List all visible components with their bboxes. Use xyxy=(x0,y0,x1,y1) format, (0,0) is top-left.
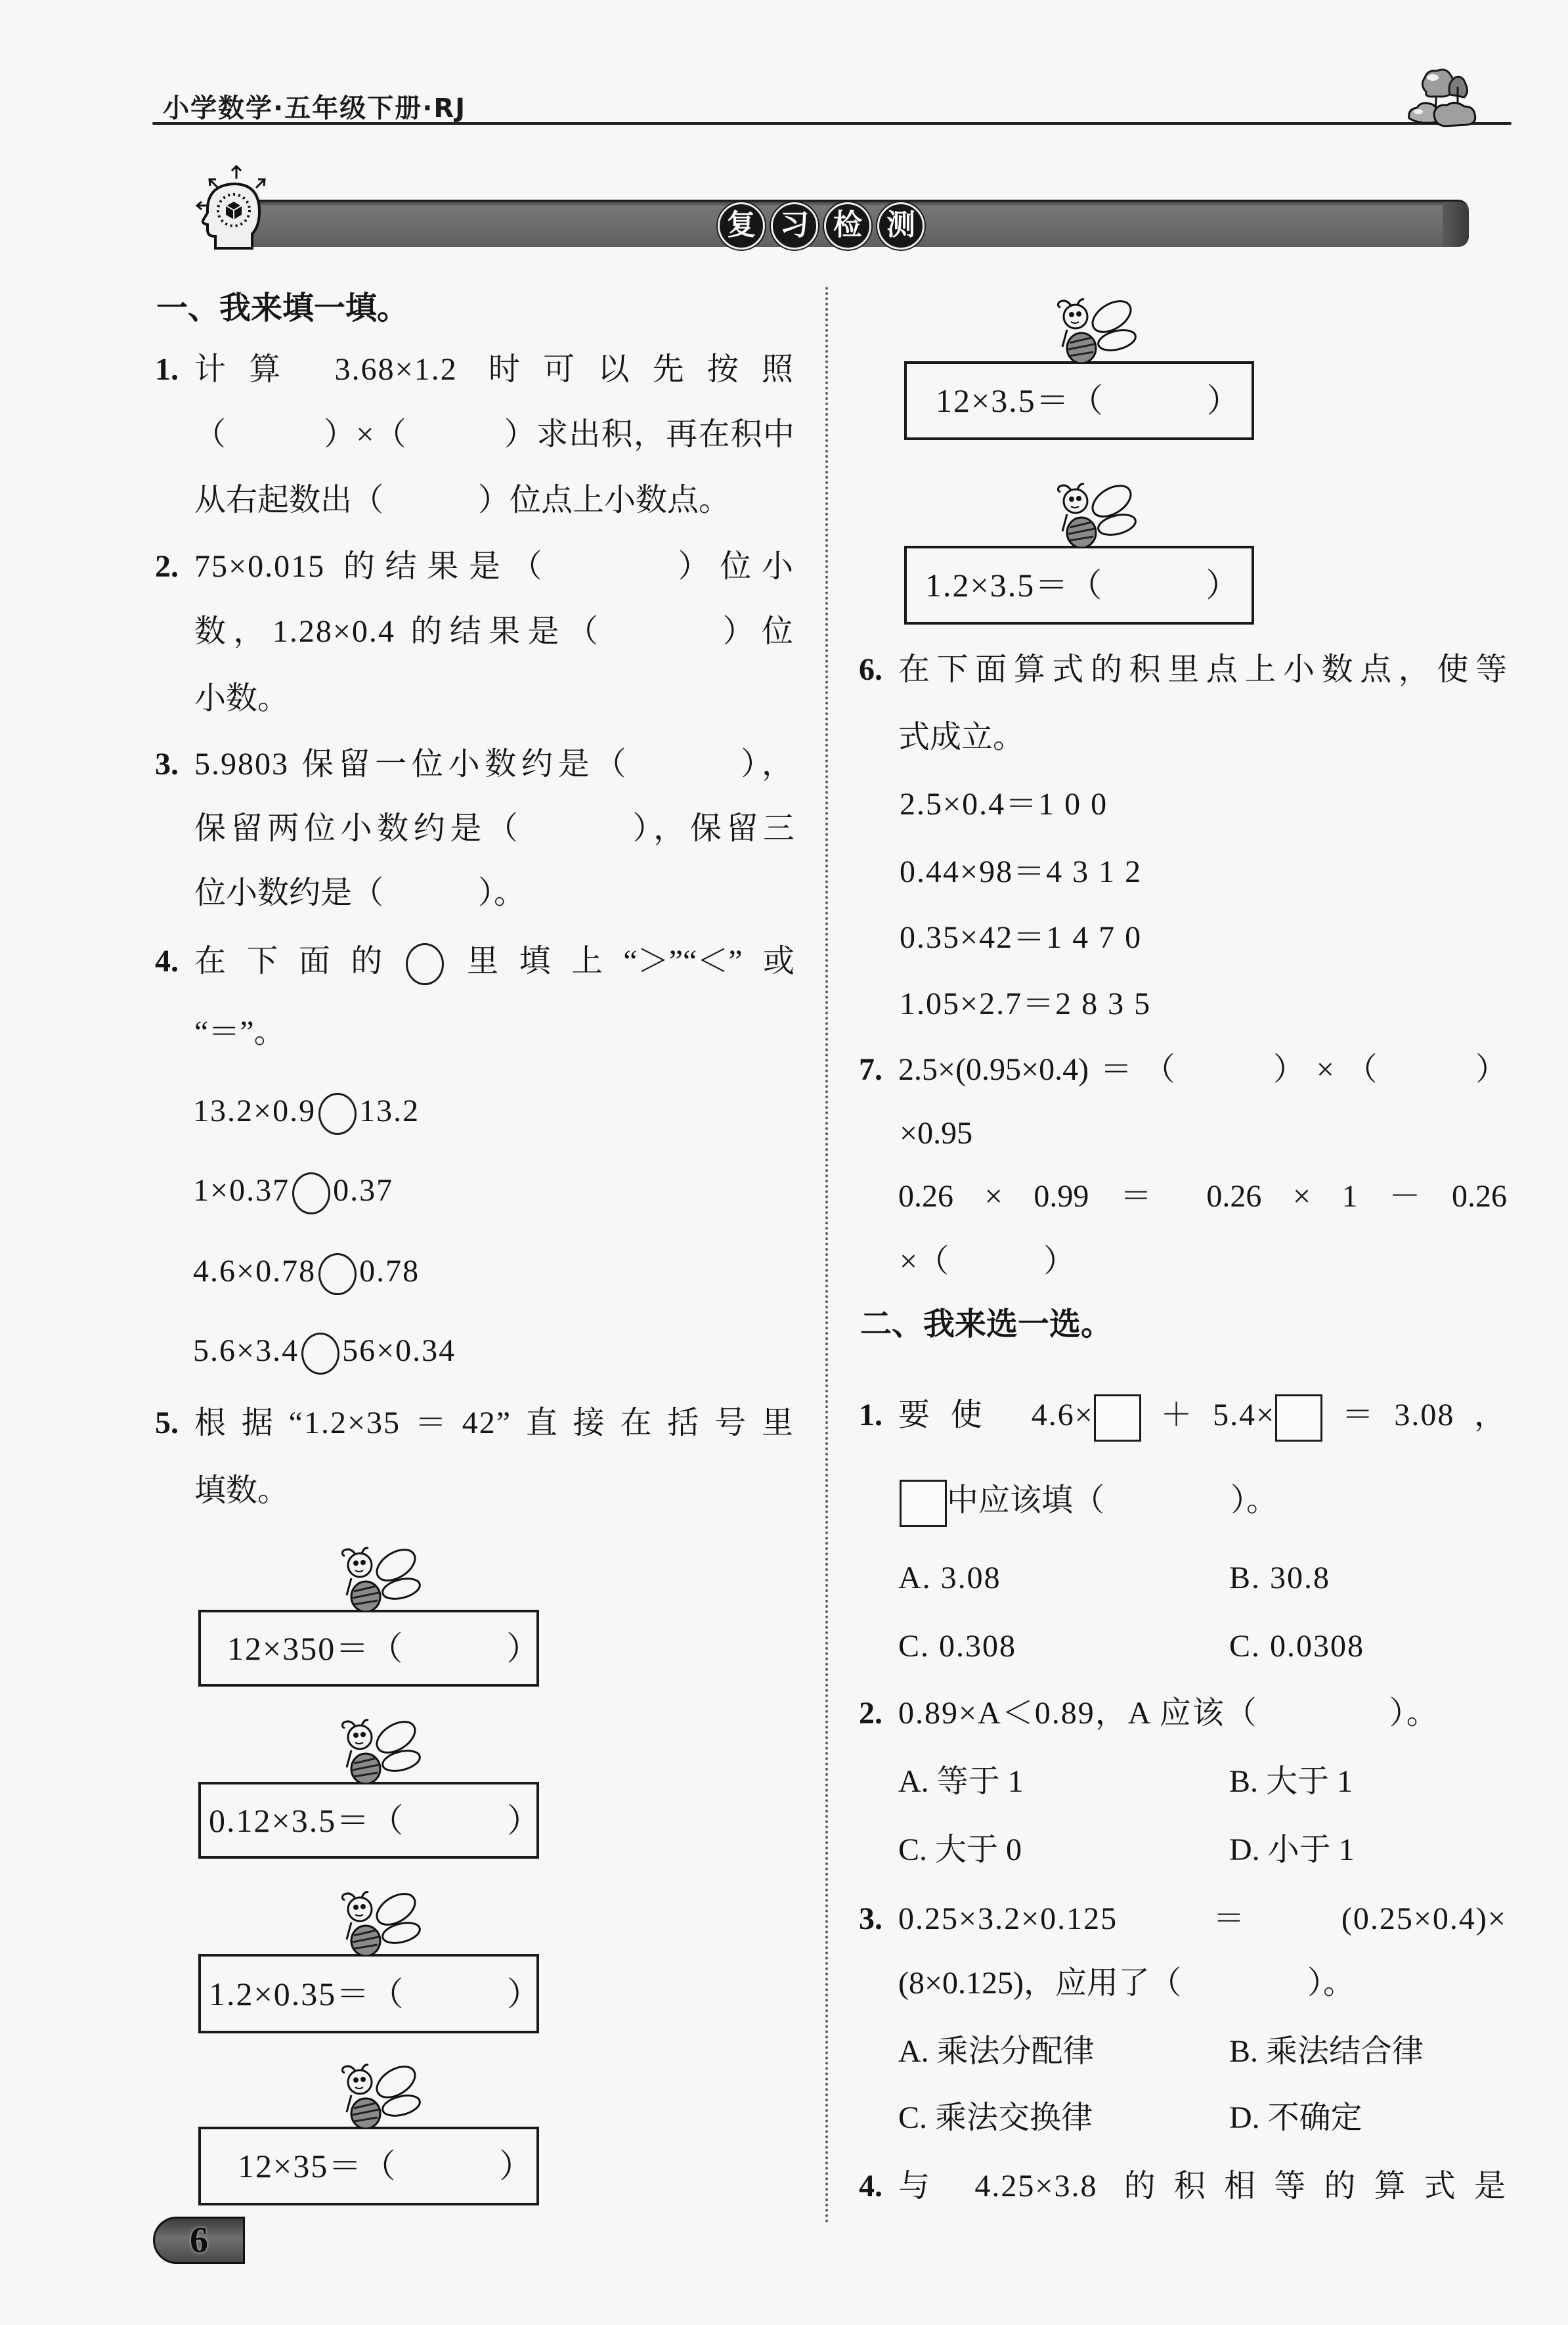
comparison-blank-circle xyxy=(301,1333,339,1375)
question-text-part: 在下面的 xyxy=(194,944,403,979)
tree-icon xyxy=(1406,66,1485,128)
equation-box: 1.2×0.35＝（ ） xyxy=(198,1954,539,2033)
option-d: D. 小于 1 xyxy=(1229,1829,1355,1871)
comparison-blank-circle xyxy=(292,1172,330,1214)
equation-box: 12×3.5＝（ ） xyxy=(904,361,1254,440)
bee-icon xyxy=(336,1545,424,1611)
question-text: ×0.95 xyxy=(900,1113,972,1155)
option-b: B. 大于 1 xyxy=(1229,1761,1353,1803)
question-text: 要使 4.6×＋5.4×＝3.08， xyxy=(898,1394,1507,1436)
question-text: 在下面的里填上“＞”“＜”或 xyxy=(194,941,795,983)
bee-icon xyxy=(336,1717,424,1783)
question-text: 位小数约是（ ）。 xyxy=(194,872,525,914)
question-text: 5.9803 保留一位小数约是（ ）， xyxy=(194,743,795,786)
equation-text: 1.2×3.5＝（ ） xyxy=(925,565,1240,605)
equation-box: 0.12×3.5＝（ ） xyxy=(198,1782,539,1859)
column-divider xyxy=(825,287,828,2225)
question-text: 从右起数出（ ）位点上小数点。 xyxy=(194,479,730,521)
question-text-part: ＋5.4× xyxy=(1141,1398,1275,1432)
comparison-left: 1×0.37 xyxy=(193,1173,290,1208)
question-number: 1. xyxy=(859,1394,882,1436)
bee-icon xyxy=(1051,297,1139,363)
banner-title-char: 习 xyxy=(771,202,818,250)
question-text: 中应该填（ ）。 xyxy=(900,1480,1278,1522)
question-text: 0.89×A＜0.89，A 应该（ ）。 xyxy=(898,1693,1439,1735)
section-banner: 复 习 检 测 xyxy=(253,200,1469,247)
header-rule xyxy=(152,122,1512,125)
equation-box: 12×35＝（ ） xyxy=(198,2127,539,2205)
question-number: 4. xyxy=(155,941,179,983)
question-text: （ ）×（ ）求出积，再在积中 xyxy=(194,414,795,456)
comparison-row: 4.6×0.780.78 xyxy=(193,1251,420,1293)
question-text: 填数。 xyxy=(194,1470,289,1512)
option-b: B. 30.8 xyxy=(1229,1557,1330,1599)
comparison-left: 5.6×3.4 xyxy=(193,1333,299,1368)
question-text: 计算 3.68×1.2 时可以先按照 xyxy=(194,349,795,391)
bee-icon xyxy=(336,2062,424,2128)
question-text: 小数。 xyxy=(194,678,289,720)
equation-text: 1.2×0.35＝（ ） xyxy=(209,1974,541,2014)
question-number: 3. xyxy=(859,1898,882,1940)
circle-symbol xyxy=(406,943,444,985)
bee-icon xyxy=(1051,481,1139,547)
question-text: 与 4.25×3.8 的积相等的算式是 xyxy=(898,2165,1507,2207)
comparison-row: 1×0.370.37 xyxy=(193,1170,393,1212)
equation-box: 12×350＝（ ） xyxy=(198,1610,539,1687)
question-number: 2. xyxy=(859,1693,882,1735)
section-title-choose: 二、我来选一选。 xyxy=(860,1303,1112,1345)
comparison-right: 0.37 xyxy=(333,1173,393,1208)
question-text: 2.5×(0.95×0.4)＝（ ）×（ ） xyxy=(898,1049,1507,1091)
question-text-part: 要使 4.6× xyxy=(898,1398,1094,1432)
question-text: 0.25×3.2×0.125＝(0.25×0.4)× xyxy=(898,1898,1507,1940)
option-a: A. 等于 1 xyxy=(898,1761,1024,1803)
equation-text: 0.12×3.5＝（ ） xyxy=(209,1801,541,1840)
decimal-point-item: 1.05×2.7＝2 8 3 5 xyxy=(900,983,1151,1025)
decimal-point-item: 2.5×0.4＝1 0 0 xyxy=(900,784,1108,826)
question-text: 0.26 × 0.99 ＝ 0.26 × 1 － 0.26 xyxy=(898,1176,1507,1218)
question-text: 保留两位小数约是（ ），保留三 xyxy=(194,808,795,850)
question-text: “＝”。 xyxy=(194,1011,286,1053)
comparison-left: 4.6×0.78 xyxy=(193,1254,316,1289)
option-c: C. 乘法交换律 xyxy=(898,2097,1093,2139)
option-c: C. 0.308 xyxy=(898,1626,1016,1668)
question-text: 75×0.015 的结果是（ ）位小 xyxy=(194,546,795,588)
blank-square xyxy=(900,1480,947,1527)
head-gear-icon xyxy=(196,164,268,250)
comparison-blank-circle xyxy=(318,1093,357,1135)
section-title-fill-in: 一、我来填一填。 xyxy=(156,287,408,329)
decimal-point-item: 0.35×42＝1 4 7 0 xyxy=(900,917,1142,959)
question-number: 4. xyxy=(859,2165,882,2207)
equation-box: 1.2×3.5＝（ ） xyxy=(904,546,1254,625)
option-c: C. 大于 0 xyxy=(898,1829,1022,1871)
question-number: 3. xyxy=(155,743,179,786)
question-number: 7. xyxy=(859,1049,882,1091)
comparison-right: 0.78 xyxy=(359,1254,420,1289)
question-number: 2. xyxy=(155,546,179,588)
option-a: A. 乘法分配律 xyxy=(898,2031,1095,2073)
option-a: A. 3.08 xyxy=(898,1557,1001,1599)
comparison-left: 13.2×0.9 xyxy=(193,1094,316,1128)
question-text: 在下面算式的积里点上小数点，使等 xyxy=(898,649,1507,691)
question-text: 式成立。 xyxy=(898,717,1024,759)
option-d: C. 0.0308 xyxy=(1229,1626,1364,1668)
equation-text: 12×3.5＝（ ） xyxy=(936,381,1241,420)
banner-title-char: 复 xyxy=(718,202,765,250)
equation-text: 12×350＝（ ） xyxy=(227,1629,540,1668)
comparison-row: 13.2×0.913.2 xyxy=(193,1090,420,1132)
banner-title-char: 测 xyxy=(877,202,925,250)
question-number: 1. xyxy=(155,349,179,391)
question-text-part: 中应该填（ ）。 xyxy=(947,1483,1278,1518)
question-number: 6. xyxy=(859,649,882,691)
question-text: 数，1.28×0.4 的结果是（ ）位 xyxy=(194,611,795,653)
page-number: 6 xyxy=(153,2217,245,2264)
page-header-title: 小学数学·五年级下册·RJ xyxy=(163,93,466,124)
question-number: 5. xyxy=(155,1402,179,1444)
comparison-blank-circle xyxy=(318,1253,357,1295)
comparison-row: 5.6×3.456×0.34 xyxy=(193,1330,456,1372)
option-b: B. 乘法结合律 xyxy=(1229,2031,1424,2073)
banner-title-char: 检 xyxy=(824,202,871,250)
question-text-part: 里填上“＞”“＜”或 xyxy=(446,944,795,979)
question-text: (8×0.125)，应用了（ ）。 xyxy=(898,1962,1355,2004)
question-text-part: ＝3.08， xyxy=(1322,1398,1507,1432)
bee-icon xyxy=(336,1890,424,1955)
blank-square xyxy=(1094,1394,1141,1442)
decimal-point-item: 0.44×98＝4 3 1 2 xyxy=(900,851,1142,893)
question-text: ×（ ） xyxy=(900,1241,1075,1283)
comparison-right: 13.2 xyxy=(359,1094,420,1128)
comparison-right: 56×0.34 xyxy=(342,1333,456,1368)
option-d: D. 不确定 xyxy=(1229,2097,1362,2139)
question-text: 根据“1.2×35＝42”直接在括号里 xyxy=(194,1402,795,1444)
blank-square xyxy=(1275,1394,1322,1442)
equation-text: 12×35＝（ ） xyxy=(238,2146,533,2186)
